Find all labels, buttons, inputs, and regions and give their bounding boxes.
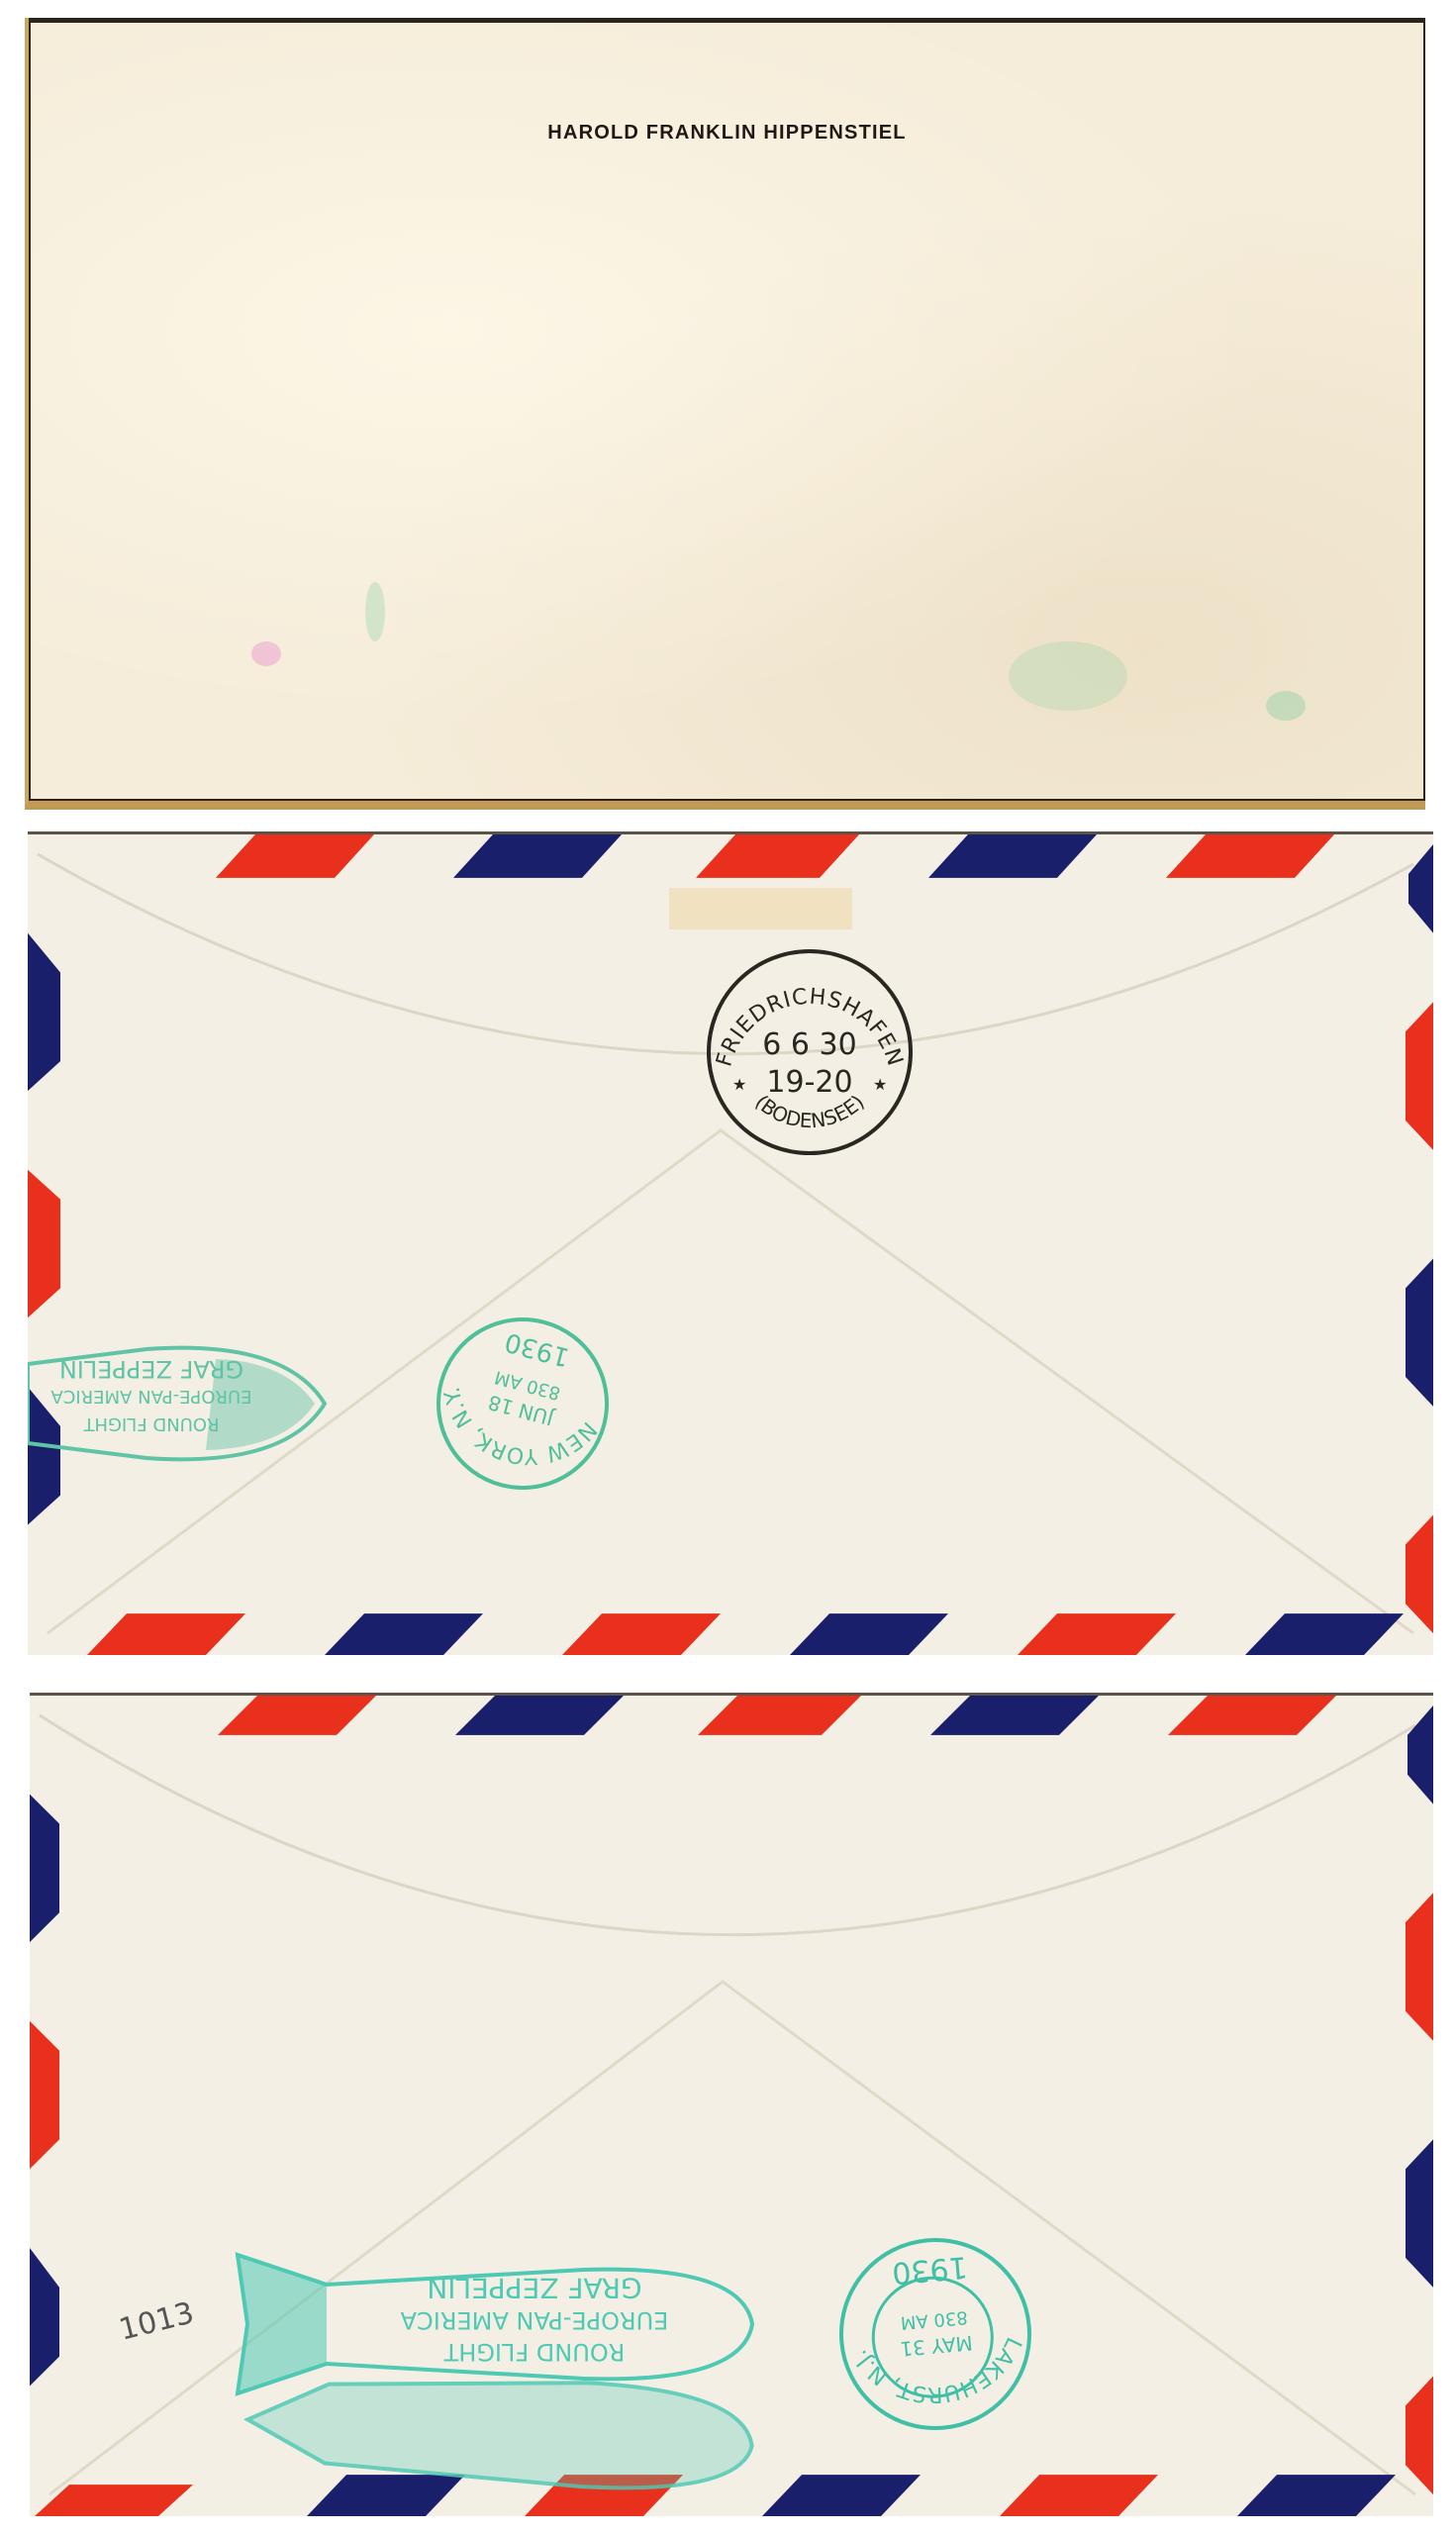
zeppelin-cachet: ROUND FLIGHT EUROPE-PAN AMERICA GRAF ZEP…	[28, 1329, 344, 1478]
zeppelin-cachet: ROUND FLIGHT EUROPE-PAN AMERICA GRAF ZEP…	[228, 2245, 782, 2502]
printed-name: HAROLD FRANKLIN HIPPENSTIEL	[29, 122, 1425, 145]
top-stripes	[216, 834, 1334, 878]
svg-text:19-20: 19-20	[766, 1065, 852, 1100]
svg-text:GRAF ZEPPELIN: GRAF ZEPPELIN	[59, 1355, 243, 1383]
svg-text:EUROPE-PAN AMERICA: EUROPE-PAN AMERICA	[50, 1386, 252, 1407]
tape-residue	[669, 888, 852, 929]
svg-text:1930: 1930	[502, 1326, 573, 1372]
svg-text:830 AM: 830 AM	[900, 2306, 968, 2333]
green-mark-right	[1266, 691, 1306, 721]
svg-text:ROUND FLIGHT: ROUND FLIGHT	[82, 1413, 219, 1434]
green-offset	[1009, 641, 1127, 711]
svg-text:MAY 31: MAY 31	[899, 2331, 973, 2361]
pink-smudge	[251, 641, 281, 666]
green-mark	[365, 582, 385, 641]
friedrichshafen-postmark: FRIEDRICHSHAFEN (BODENSEE) 6 6 30 19-20 …	[691, 933, 928, 1171]
svg-text:ROUND FLIGHT: ROUND FLIGHT	[443, 2338, 625, 2366]
svg-text:GRAF ZEPPELIN: GRAF ZEPPELIN	[427, 2272, 641, 2304]
svg-text:EUROPE-PAN AMERICA: EUROPE-PAN AMERICA	[400, 2306, 668, 2334]
svg-text:1930: 1930	[891, 2249, 969, 2290]
airmail-envelope-back-1: FRIEDRICHSHAFEN (BODENSEE) 6 6 30 19-20 …	[28, 831, 1433, 1655]
lakehurst-postmark: LAKEHURST, N.J. MAY 31 830 AM 1930	[822, 2220, 1049, 2448]
svg-text:★: ★	[873, 1077, 887, 1094]
airmail-envelope-back-2: 1013 ROUND FLIGHT EUROPE-PAN AMERICA GRA…	[30, 1693, 1433, 2516]
new-york-postmark: NEW YORK, N.Y. JUN 18 830 AM 1930	[424, 1305, 622, 1503]
enclosure-card: HAROLD FRANKLIN HIPPENSTIEL	[25, 18, 1425, 807]
svg-text:NEW YORK, N.Y.: NEW YORK, N.Y.	[426, 1379, 604, 1487]
card-top-edge	[29, 18, 1425, 23]
svg-text:6 6 30: 6 6 30	[762, 1027, 856, 1062]
svg-text:★: ★	[732, 1077, 746, 1094]
